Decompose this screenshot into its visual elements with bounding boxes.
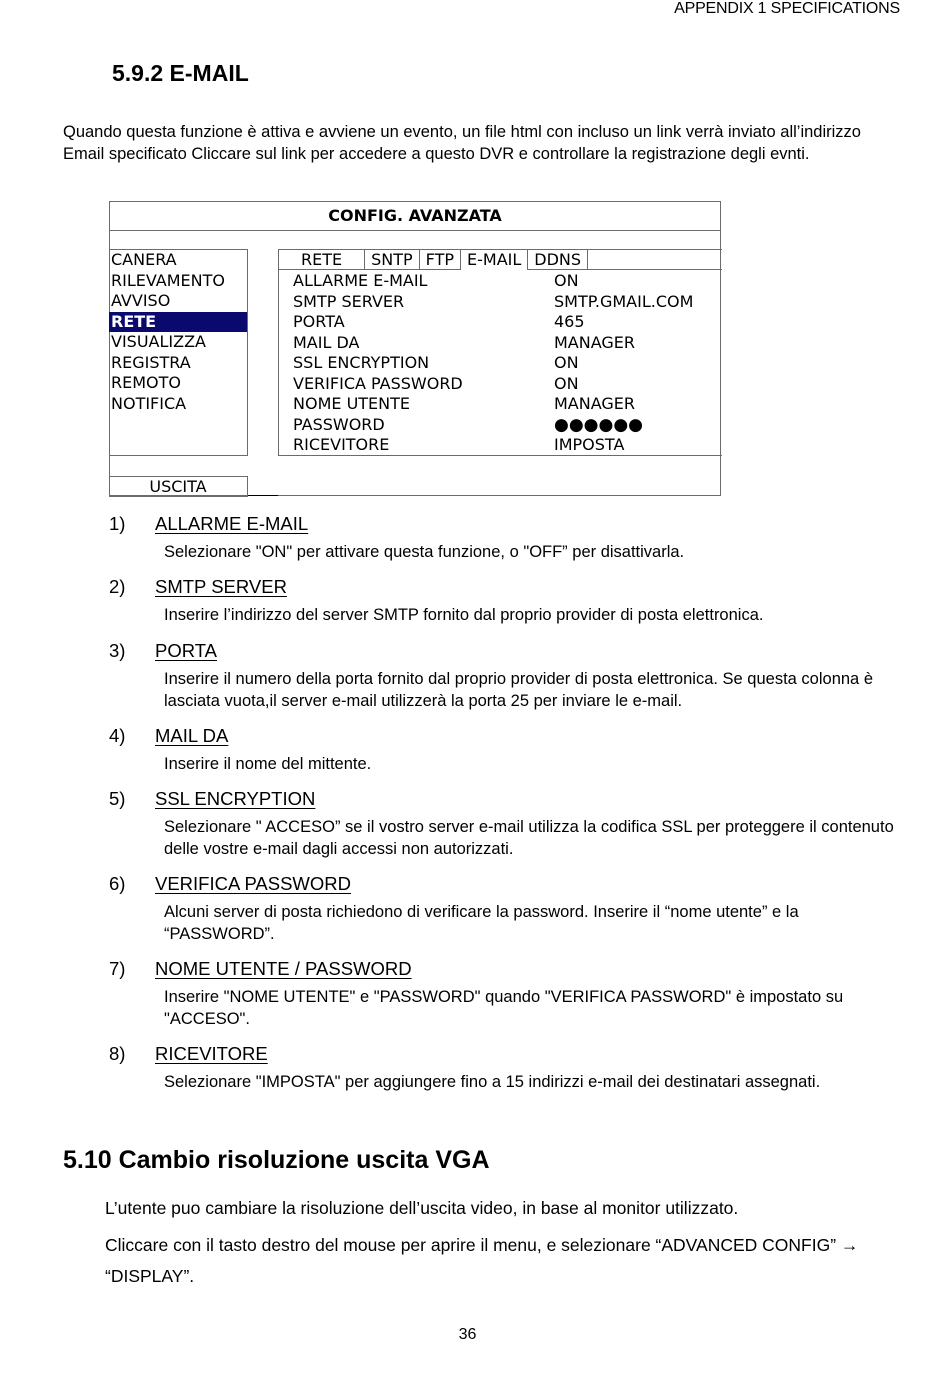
menu-item-remoto[interactable]: REMOTO bbox=[109, 373, 247, 394]
running-header: APPENDIX 1 SPECIFICATIONS bbox=[674, 0, 900, 18]
setting-value[interactable]: IMPOSTA bbox=[554, 435, 624, 456]
item-description: Inserire il nome del mittente. bbox=[164, 753, 899, 775]
item-label: NOME UTENTE / PASSWORD bbox=[155, 958, 412, 980]
menu-item-canera[interactable]: CANERA bbox=[109, 250, 247, 271]
menu-item-notifica[interactable]: NOTIFICA bbox=[109, 394, 247, 415]
setting-label: SSL ENCRYPTION bbox=[293, 353, 429, 372]
setting-row-allarme-email[interactable]: ALLARME E-MAILON bbox=[293, 271, 722, 292]
paragraph: L’utente puo cambiare la risoluzione del… bbox=[105, 1193, 895, 1224]
item-label: SSL ENCRYPTION bbox=[155, 788, 315, 810]
config-menu: CANERA RILEVAMENTO AVVISO RETE VISUALIZZ… bbox=[109, 249, 248, 456]
tab-sntp[interactable]: SNTP bbox=[365, 249, 420, 270]
setting-value[interactable]: ON bbox=[554, 271, 579, 292]
item-number: 6) bbox=[109, 873, 125, 895]
item-number: 7) bbox=[109, 958, 125, 980]
item-number: 2) bbox=[109, 576, 125, 598]
item-label: SMTP SERVER bbox=[155, 576, 287, 598]
paragraph: Cliccare con il tasto destro del mouse p… bbox=[105, 1230, 895, 1292]
item-description: Alcuni server di posta richiedono di ver… bbox=[164, 901, 899, 945]
setting-row-smtp-server[interactable]: SMTP SERVERSMTP.GMAIL.COM bbox=[293, 292, 722, 313]
setting-value[interactable]: ON bbox=[554, 374, 579, 395]
item-label: RICEVITORE bbox=[155, 1043, 268, 1065]
menu-item-registra[interactable]: REGISTRA bbox=[109, 353, 247, 374]
exit-button[interactable]: USCITA bbox=[109, 476, 248, 497]
setting-label: VERIFICA PASSWORD bbox=[293, 374, 463, 393]
menu-item-rete[interactable]: RETE bbox=[109, 312, 247, 333]
setting-row-porta[interactable]: PORTA465 bbox=[293, 312, 722, 333]
setting-value[interactable]: SMTP.GMAIL.COM bbox=[554, 292, 693, 313]
tab-rete[interactable]: RETE bbox=[278, 249, 365, 270]
menu-item-avviso[interactable]: AVVISO bbox=[109, 291, 247, 312]
setting-label: NOME UTENTE bbox=[293, 394, 410, 413]
setting-value[interactable]: MANAGER bbox=[554, 333, 635, 354]
item-label: PORTA bbox=[155, 640, 217, 662]
setting-label: PORTA bbox=[293, 312, 345, 331]
item-label: MAIL DA bbox=[155, 725, 228, 747]
item-description: Inserire "NOME UTENTE" e "PASSWORD" quan… bbox=[164, 986, 899, 1030]
setting-row-ssl-encryption[interactable]: SSL ENCRYPTIONON bbox=[293, 353, 722, 374]
network-tabs: RETE SNTP FTP E-MAIL DDNS bbox=[278, 249, 588, 270]
item-number: 8) bbox=[109, 1043, 125, 1065]
email-settings-panel: RETE SNTP FTP E-MAIL DDNS ALLARME E-MAIL… bbox=[278, 249, 722, 456]
dialog-title: CONFIG. AVANZATA bbox=[110, 202, 720, 231]
item-description: Selezionare "ON" per attivare questa fun… bbox=[164, 541, 899, 563]
setting-label: ALLARME E-MAIL bbox=[293, 271, 427, 290]
item-description: Selezionare "IMPOSTA" per aggiungere fin… bbox=[164, 1071, 899, 1093]
setting-value[interactable]: MANAGER bbox=[554, 394, 635, 415]
setting-row-mail-da[interactable]: MAIL DAMANAGER bbox=[293, 333, 722, 354]
item-number: 4) bbox=[109, 725, 125, 747]
menu-item-visualizza[interactable]: VISUALIZZA bbox=[109, 332, 247, 353]
setting-label: MAIL DA bbox=[293, 333, 359, 352]
item-description: Inserire il numero della porta fornito d… bbox=[164, 668, 899, 712]
tab-ddns[interactable]: DDNS bbox=[527, 249, 588, 270]
menu-item-rilevamento[interactable]: RILEVAMENTO bbox=[109, 271, 247, 292]
setting-label: SMTP SERVER bbox=[293, 292, 404, 311]
settings-list: ALLARME E-MAILON SMTP SERVERSMTP.GMAIL.C… bbox=[293, 271, 722, 456]
section-title-vga: 5.10 Cambio risoluzione uscita VGA bbox=[63, 1146, 490, 1175]
setting-label: PASSWORD bbox=[293, 415, 385, 434]
setting-row-nome-utente[interactable]: NOME UTENTEMANAGER bbox=[293, 394, 722, 415]
item-number: 3) bbox=[109, 640, 125, 662]
item-label: VERIFICA PASSWORD bbox=[155, 873, 351, 895]
setting-row-ricevitore[interactable]: RICEVITOREIMPOSTA bbox=[293, 435, 722, 456]
setting-value[interactable]: ON bbox=[554, 353, 579, 374]
setting-value[interactable]: 465 bbox=[554, 312, 585, 333]
page-number: 36 bbox=[0, 1326, 935, 1344]
password-field[interactable]: ●●●●●● bbox=[554, 415, 643, 436]
tab-ftp[interactable]: FTP bbox=[420, 249, 461, 270]
item-description: Selezionare " ACCESO” se il vostro serve… bbox=[164, 816, 899, 860]
item-number: 1) bbox=[109, 513, 125, 535]
divider bbox=[248, 495, 278, 496]
section-title-email: 5.9.2 E-MAIL bbox=[112, 60, 249, 87]
setting-row-password[interactable]: PASSWORD●●●●●● bbox=[293, 415, 722, 436]
tab-email[interactable]: E-MAIL bbox=[461, 249, 527, 270]
item-label: ALLARME E-MAIL bbox=[155, 513, 308, 535]
section-intro: Quando questa funzione è attiva e avvien… bbox=[63, 121, 893, 165]
setting-row-verifica-password[interactable]: VERIFICA PASSWORDON bbox=[293, 374, 722, 395]
setting-label: RICEVITORE bbox=[293, 435, 389, 454]
item-number: 5) bbox=[109, 788, 125, 810]
item-description: Inserire l’indirizzo del server SMTP for… bbox=[164, 604, 899, 626]
advanced-config-dialog: CONFIG. AVANZATA CANERA RILEVAMENTO AVVI… bbox=[109, 201, 721, 496]
